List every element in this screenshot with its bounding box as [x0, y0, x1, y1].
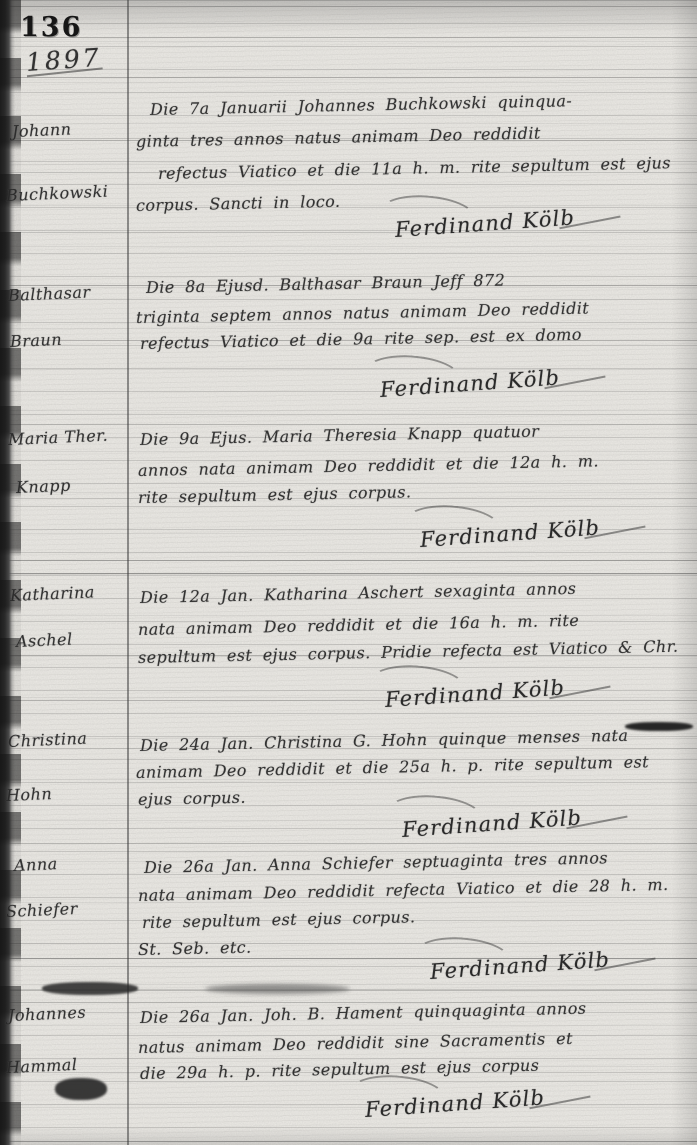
- ink-smudge: [42, 982, 138, 995]
- ink-smudge: [625, 722, 693, 731]
- scanned-register-page: 136 1897 Johann Buchkowski Die 7a Januar…: [0, 0, 697, 1145]
- entry-text-line: Die 8a Ejusd. Balthasar Braun Jeff 872: [146, 270, 506, 297]
- entry-text-line: Die 7a Januarii Johannes Buchkowski quin…: [150, 91, 572, 119]
- entry-margin-name: Hohn: [6, 784, 53, 805]
- entry-text-line: St. Seb. etc.: [138, 938, 252, 959]
- ruled-line: [0, 37, 697, 38]
- entry-text-line: natus animam Deo reddidit sine Sacrament…: [138, 1029, 573, 1057]
- ruled-line: [0, 573, 697, 574]
- entry-text-line: nata animam Deo reddidit refecta Viatico…: [138, 875, 669, 905]
- entry-text-line: ejus corpus.: [138, 788, 246, 809]
- ruled-line: [0, 6, 697, 7]
- entry-text-line: corpus. Sancti in loco.: [136, 192, 341, 215]
- entry-text-line: Die 26a Jan. Anna Schiefer septuaginta t…: [144, 848, 608, 877]
- entry-text-line: animam Deo reddidit et die 25a h. p. rit…: [136, 752, 649, 782]
- ruled-line: [0, 232, 697, 233]
- page-number-stamp: 136: [20, 12, 82, 43]
- entry-margin-name: Knapp: [16, 476, 72, 497]
- entry-margin-name: Johann: [12, 119, 72, 141]
- priest-signature: Ferdinand Kölb: [394, 205, 576, 242]
- ink-smudge: [55, 1078, 107, 1100]
- entry-text-line: nata animam Deo reddidit et die 16a h. m…: [138, 611, 580, 639]
- entry-margin-name: Johannes: [8, 1003, 87, 1025]
- entry-text-line: refectus Viatico et die 11a h. m. rite s…: [158, 153, 671, 183]
- entry-margin-name: Anna: [14, 854, 58, 875]
- entry-text-line: annos nata animam Deo reddidit et die 12…: [138, 451, 599, 480]
- ruled-line: [0, 77, 697, 78]
- entry-text-line: triginta septem annos natus animam Deo r…: [136, 299, 590, 327]
- year-label: 1897: [25, 43, 102, 76]
- entry-margin-name: Braun: [10, 330, 63, 351]
- priest-signature: Ferdinand Kölb: [419, 515, 601, 552]
- ink-smear: [205, 984, 350, 994]
- priest-signature: Ferdinand Kölb: [384, 675, 566, 712]
- entry-margin-name: Aschel: [16, 630, 73, 651]
- entry-margin-name: Schiefer: [6, 899, 79, 921]
- entry-text-line: sepultum est ejus corpus. Pridie refecta…: [138, 637, 679, 667]
- entry-text-line: Die 12a Jan. Katharina Aschert sexaginta…: [140, 579, 577, 607]
- entry-margin-name: Hammal: [6, 1055, 78, 1077]
- left-scan-edge-blotches: [0, 0, 21, 1145]
- entry-text-line: Die 24a Jan. Christina G. Hohn quinque m…: [140, 726, 629, 755]
- entry-margin-name: Balthasar: [8, 282, 91, 305]
- ruled-line: [0, 700, 697, 701]
- entry-text-line: rite sepultum est ejus corpus.: [142, 907, 416, 932]
- entry-text-line: rite sepultum est ejus corpus.: [138, 482, 412, 507]
- entry-margin-name: Maria Ther.: [8, 426, 109, 449]
- priest-signature: Ferdinand Kölb: [364, 1085, 546, 1122]
- entry-text-line: Die 9a Ejus. Maria Theresia Knapp quatuo…: [140, 422, 540, 449]
- ruled-line: [0, 843, 697, 844]
- entry-margin-name: Katharina: [10, 582, 96, 605]
- priest-signature: Ferdinand Kölb: [379, 365, 561, 402]
- entry-text-line: refectus Viatico et die 9a rite sep. est…: [140, 325, 582, 353]
- entry-margin-name: Christina: [8, 729, 88, 751]
- ruled-line: [0, 1141, 697, 1142]
- priest-signature: Ferdinand Kölb: [429, 947, 611, 984]
- entry-text-line: die 29a h. p. rite sepultum est ejus cor…: [140, 1056, 540, 1083]
- ruled-line: [0, 560, 697, 561]
- entry-text-line: ginta tres annos natus animam Deo reddid…: [136, 124, 541, 151]
- priest-signature: Ferdinand Kölb: [401, 805, 583, 842]
- entry-margin-name: Buchkowski: [6, 182, 109, 205]
